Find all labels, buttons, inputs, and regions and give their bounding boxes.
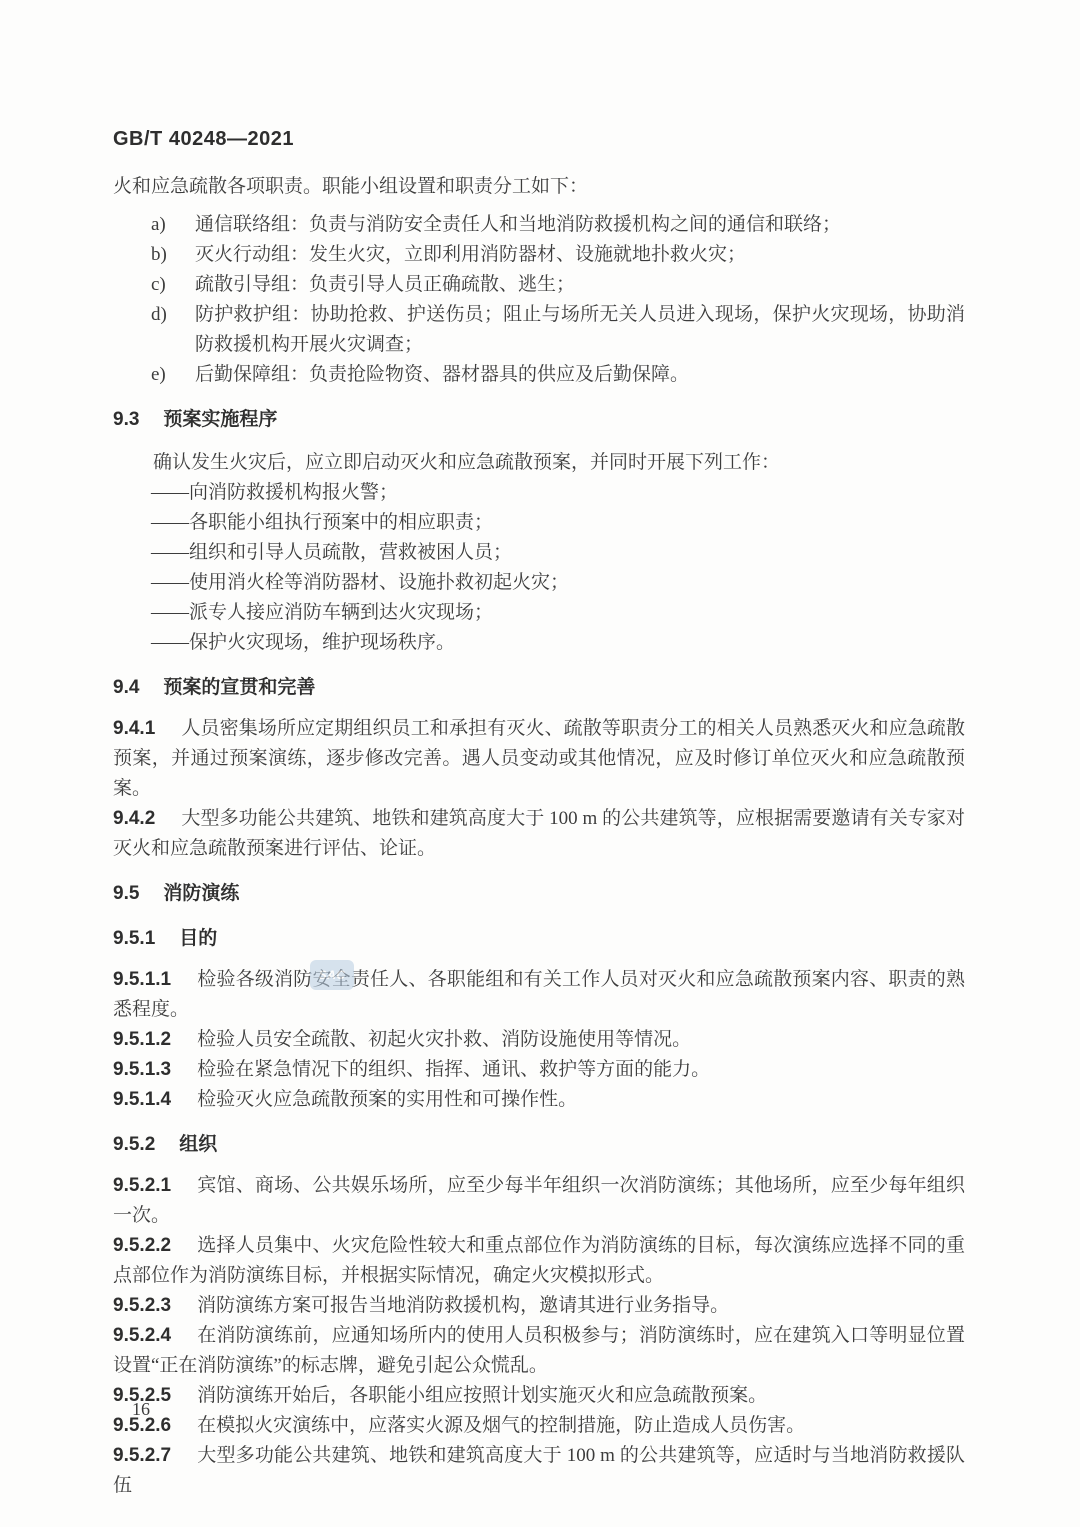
page-content: 火和应急疏散各项职责。职能小组设置和职责分工如下： a) 通信联络组：负责与消防… [113,172,965,1501]
item-text: 通信联络组：负责与消防安全责任人和当地消防救援机构之间的通信和联络； [195,214,841,235]
section-heading-9-4: 9.4预案的宣贯和完善 [113,673,965,703]
clause-number: 9.5.2.7 [113,1445,171,1466]
section-heading-9-5-1: 9.5.1目的 [113,924,965,954]
lead-paragraph-9-3: 确认发生火灾后，应立即启动灭火和应急疏散预案，并同时开展下列工作： [113,448,965,478]
clause-9-5-1-4: 9.5.1.4检验灭火应急疏散预案的实用性和可操作性。 [113,1085,965,1115]
sac-watermark: SAC [310,960,354,990]
heading-number: 9.3 [113,409,139,430]
clause-9-4-1: 9.4.1人员密集场所应定期组织员工和承担有灭火、疏散等职责分工的相关人员熟悉灭… [113,714,965,804]
clause-text: 大型多功能公共建筑、地铁和建筑高度大于 100 m 的公共建筑等，应适时与当地消… [113,1445,965,1496]
clause-9-5-1-1: 9.5.1.1检验各级消防安全责任人、各职能组和有关工作人员对灭火和应急疏散预案… [113,965,965,1025]
dash-item: ——各职能小组执行预案中的相应职责； [113,508,965,538]
lettered-item-a: a) 通信联络组：负责与消防安全责任人和当地消防救援机构之间的通信和联络； [113,210,965,240]
dash-item: ——派专人接应消防车辆到达火灾现场； [113,598,965,628]
clause-number: 9.5.2.1 [113,1175,171,1196]
section-heading-9-5-2: 9.5.2组织 [113,1130,965,1160]
heading-title: 目的 [179,928,217,949]
item-label: a) [151,210,166,240]
clause-text: 检验各级消防安全责任人、各职能组和有关工作人员对灭火和应急疏散预案内容、职责的熟… [113,969,965,1020]
lettered-item-e: e) 后勤保障组：负责抢险物资、器材器具的供应及后勤保障。 [113,360,965,390]
item-label: d) [151,300,167,330]
clause-number: 9.4.1 [113,718,155,739]
item-text: 疏散引导组：负责引导人员正确疏散、逃生； [195,274,575,295]
item-text: 灭火行动组：发生火灾，立即利用消防器材、设施就地扑救火灾； [195,244,746,265]
clause-text: 检验灭火应急疏散预案的实用性和可操作性。 [197,1089,577,1110]
heading-number: 9.5.1 [113,928,155,949]
clause-number: 9.5.1.3 [113,1059,171,1080]
section-heading-9-5: 9.5消防演练 [113,879,965,909]
heading-title: 预案的宣贯和完善 [163,677,315,698]
clause-9-5-2-5: 9.5.2.5消防演练开始后，各职能小组应按照计划实施灭火和应急疏散预案。 [113,1381,965,1411]
heading-title: 组织 [179,1134,217,1155]
clause-text: 大型多功能公共建筑、地铁和建筑高度大于 100 m 的公共建筑等，应根据需要邀请… [113,808,965,859]
heading-number: 9.4 [113,677,139,698]
clause-number: 9.5.1.4 [113,1089,171,1110]
dash-item: ——向消防救援机构报火警； [113,478,965,508]
clause-number: 9.5.2.2 [113,1235,171,1256]
doc-code: GB/T 40248—2021 [113,128,294,151]
clause-9-5-1-3: 9.5.1.3检验在紧急情况下的组织、指挥、通讯、救护等方面的能力。 [113,1055,965,1085]
clause-9-4-2: 9.4.2大型多功能公共建筑、地铁和建筑高度大于 100 m 的公共建筑等，应根… [113,804,965,864]
clause-text: 消防演练开始后，各职能小组应按照计划实施灭火和应急疏散预案。 [197,1385,767,1406]
item-label: e) [151,360,166,390]
lettered-item-d: d) 防护救护组：协助抢救、护送伤员；阻止与场所无关人员进入现场，保护火灾现场，… [113,300,965,360]
clause-text: 选择人员集中、火灾危险性较大和重点部位作为消防演练的目标，每次演练应选择不同的重… [113,1235,965,1286]
clause-text: 宾馆、商场、公共娱乐场所，应至少每半年组织一次消防演练；其他场所，应至少每年组织… [113,1175,965,1226]
lettered-item-b: b) 灭火行动组：发生火灾，立即利用消防器材、设施就地扑救火灾； [113,240,965,270]
clause-number: 9.5.1.1 [113,969,171,990]
lettered-item-c: c) 疏散引导组：负责引导人员正确疏散、逃生； [113,270,965,300]
clause-text: 人员密集场所应定期组织员工和承担有灭火、疏散等职责分工的相关人员熟悉灭火和应急疏… [113,718,965,799]
clause-number: 9.5.2.4 [113,1325,171,1346]
lettered-list: a) 通信联络组：负责与消防安全责任人和当地消防救援机构之间的通信和联络； b)… [113,210,965,390]
dash-item: ——组织和引导人员疏散，营救被困人员； [113,538,965,568]
clause-text: 检验人员安全疏散、初起火灾扑救、消防设施使用等情况。 [197,1029,691,1050]
clause-9-5-2-6: 9.5.2.6在模拟火灾演练中，应落实火源及烟气的控制措施，防止造成人员伤害。 [113,1411,965,1441]
clause-text: 在模拟火灾演练中，应落实火源及烟气的控制措施，防止造成人员伤害。 [197,1415,805,1436]
item-label: b) [151,240,167,270]
item-text: 后勤保障组：负责抢险物资、器材器具的供应及后勤保障。 [195,364,689,385]
clause-text: 在消防演练前，应通知场所内的使用人员积极参与；消防演练时，应在建筑入口等明显位置… [113,1325,965,1376]
clause-9-5-2-2: 9.5.2.2选择人员集中、火灾危险性较大和重点部位作为消防演练的目标，每次演练… [113,1231,965,1291]
dash-list: ——向消防救援机构报火警； ——各职能小组执行预案中的相应职责； ——组织和引导… [113,478,965,658]
clause-number: 9.5.2.3 [113,1295,171,1316]
item-text: 防护救护组：协助抢救、护送伤员；阻止与场所无关人员进入现场，保护火灾现场，协助消… [195,304,965,355]
clause-9-5-2-3: 9.5.2.3消防演练方案可报告当地消防救援机构，邀请其进行业务指导。 [113,1291,965,1321]
section-heading-9-3: 9.3预案实施程序 [113,405,965,435]
item-label: c) [151,270,166,300]
clause-number: 9.4.2 [113,808,155,829]
heading-number: 9.5 [113,883,139,904]
dash-item: ——保护火灾现场，维护现场秩序。 [113,628,965,658]
clause-text: 消防演练方案可报告当地消防救援机构，邀请其进行业务指导。 [197,1295,729,1316]
clause-text: 检验在紧急情况下的组织、指挥、通讯、救护等方面的能力。 [197,1059,710,1080]
document-page: GB/T 40248—2021 火和应急疏散各项职责。职能小组设置和职责分工如下… [0,0,1080,1527]
clause-9-5-2-4: 9.5.2.4在消防演练前，应通知场所内的使用人员积极参与；消防演练时，应在建筑… [113,1321,965,1381]
dash-item: ——使用消火栓等消防器材、设施扑救初起火灾； [113,568,965,598]
clause-9-5-2-1: 9.5.2.1宾馆、商场、公共娱乐场所，应至少每半年组织一次消防演练；其他场所，… [113,1171,965,1231]
heading-number: 9.5.2 [113,1134,155,1155]
heading-title: 消防演练 [163,883,239,904]
intro-paragraph: 火和应急疏散各项职责。职能小组设置和职责分工如下： [113,172,965,202]
clause-number: 9.5.1.2 [113,1029,171,1050]
heading-title: 预案实施程序 [163,409,277,430]
clause-9-5-1-2: 9.5.1.2检验人员安全疏散、初起火灾扑救、消防设施使用等情况。 [113,1025,965,1055]
clause-9-5-2-7: 9.5.2.7大型多功能公共建筑、地铁和建筑高度大于 100 m 的公共建筑等，… [113,1441,965,1501]
page-number: 16 [132,1399,150,1420]
